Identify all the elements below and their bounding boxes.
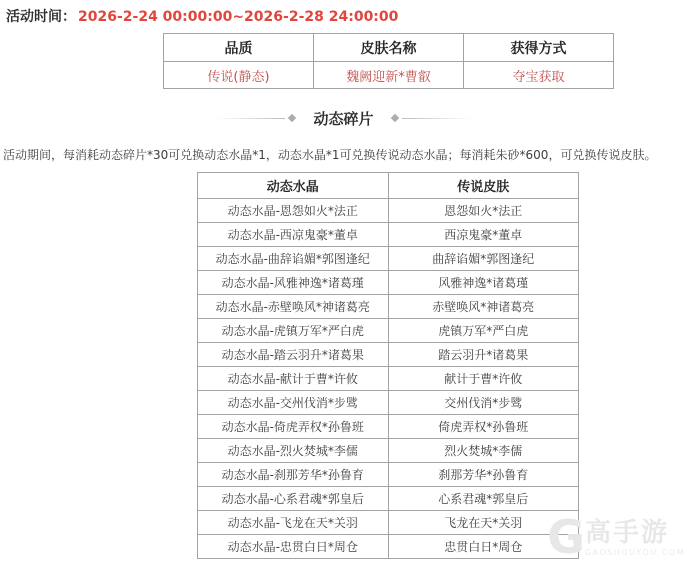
crystal-table-body: 动态水晶-恩怨如火*法正恩怨如火*法正动态水晶-西凉鬼豪*董卓西凉鬼豪*董卓动态… (198, 199, 579, 559)
table-cell: 动态水晶-西凉鬼豪*董卓 (198, 223, 389, 247)
table-cell: 动态水晶-心系君魂*郭皇后 (198, 487, 389, 511)
table-row: 动态水晶-倚虎弄权*孙鲁班倚虎弄权*孙鲁班 (198, 415, 579, 439)
table-row: 动态水晶-忠贯白日*周仓忠贯白日*周仓 (198, 535, 579, 559)
table-row: 动态水晶-赤壁唤风*神诸葛亮赤壁唤风*神诸葛亮 (198, 295, 579, 319)
table-cell: 心系君魂*郭皇后 (388, 487, 579, 511)
table-row: 动态水晶-刹那芳华*孙鲁育刹那芳华*孙鲁育 (198, 463, 579, 487)
table-cell: 西凉鬼豪*董卓 (388, 223, 579, 247)
table-cell: 献计于曹*许攸 (388, 367, 579, 391)
skin-quality-cell: 传说(静态) (164, 62, 314, 89)
skin-table-header-method: 获得方式 (464, 34, 614, 62)
table-header-row: 动态水晶 传说皮肤 (198, 173, 579, 199)
crystal-table: 动态水晶 传说皮肤 动态水晶-恩怨如火*法正恩怨如火*法正动态水晶-西凉鬼豪*董… (197, 172, 579, 559)
table-row: 动态水晶-心系君魂*郭皇后心系君魂*郭皇后 (198, 487, 579, 511)
table-cell: 动态水晶-赤壁唤风*神诸葛亮 (198, 295, 389, 319)
table-row: 动态水晶-西凉鬼豪*董卓西凉鬼豪*董卓 (198, 223, 579, 247)
table-cell: 曲辞谄媚*郭图逢纪 (388, 247, 579, 271)
activity-time-label: 活动时间： (6, 9, 76, 25)
crystal-table-header-skin: 传说皮肤 (388, 173, 579, 199)
skin-table-header-quality: 品质 (164, 34, 314, 62)
table-cell: 动态水晶-忠贯白日*周仓 (198, 535, 389, 559)
table-cell: 恩怨如火*法正 (388, 199, 579, 223)
table-cell: 动态水晶-踏云羽升*诸葛果 (198, 343, 389, 367)
skin-name-cell: 魏阙迎新*曹叡 (314, 62, 464, 89)
gaoshouyou-watermark: G 高手游 GAOSHOUYOU.COM (547, 514, 685, 560)
skin-table: 品质 皮肤名称 获得方式 传说(静态) 魏阙迎新*曹叡 夺宝获取 (163, 33, 614, 89)
table-row: 动态水晶-飞龙在天*关羽飞龙在天*关羽 (198, 511, 579, 535)
table-cell: 踏云羽升*诸葛果 (388, 343, 579, 367)
table-cell: 动态水晶-虎镇万军*严白虎 (198, 319, 389, 343)
section-divider: 动态碎片 (0, 110, 687, 126)
table-row: 动态水晶-曲辞谄媚*郭图逢纪曲辞谄媚*郭图逢纪 (198, 247, 579, 271)
table-row: 动态水晶-踏云羽升*诸葛果踏云羽升*诸葛果 (198, 343, 579, 367)
watermark-site: GAOSHOUYOU.COM (585, 549, 685, 557)
divider-line-left (215, 118, 285, 119)
table-cell: 动态水晶-献计于曹*许攸 (198, 367, 389, 391)
table-cell: 动态水晶-烈火焚城*李儒 (198, 439, 389, 463)
watermark-name: 高手游 (585, 520, 685, 546)
activity-page: 活动时间：2026-2-24 00:00:00~2026-2-28 24:00:… (0, 0, 687, 562)
table-cell: 动态水晶-风雅神逸*诸葛瑾 (198, 271, 389, 295)
table-row: 动态水晶-烈火焚城*李儒烈火焚城*李儒 (198, 439, 579, 463)
table-row: 动态水晶-风雅神逸*诸葛瑾风雅神逸*诸葛瑾 (198, 271, 579, 295)
table-cell: 动态水晶-交州伐消*步骘 (198, 391, 389, 415)
table-cell: 虎镇万军*严白虎 (388, 319, 579, 343)
crystal-table-header-crystal: 动态水晶 (198, 173, 389, 199)
table-cell: 动态水晶-倚虎弄权*孙鲁班 (198, 415, 389, 439)
activity-description: 活动期间，每消耗动态碎片*30可兑换动态水晶*1，动态水晶*1可兑换传说动态水晶… (3, 146, 687, 163)
divider-line-right (402, 118, 472, 119)
table-cell: 动态水晶-刹那芳华*孙鲁育 (198, 463, 389, 487)
diamond-icon (390, 114, 398, 122)
table-row: 动态水晶-交州伐消*步骘交州伐消*步骘 (198, 391, 579, 415)
table-header-row: 品质 皮肤名称 获得方式 (164, 34, 614, 62)
diamond-icon (288, 114, 296, 122)
table-row: 传说(静态) 魏阙迎新*曹叡 夺宝获取 (164, 62, 614, 89)
table-cell: 倚虎弄权*孙鲁班 (388, 415, 579, 439)
activity-time: 活动时间：2026-2-24 00:00:00~2026-2-28 24:00:… (0, 0, 687, 26)
table-cell: 交州伐消*步骘 (388, 391, 579, 415)
table-cell: 赤壁唤风*神诸葛亮 (388, 295, 579, 319)
section-title: 动态碎片 (313, 108, 373, 129)
activity-time-value: 2026-2-24 00:00:00~2026-2-28 24:00:00 (78, 9, 398, 25)
table-cell: 刹那芳华*孙鲁育 (388, 463, 579, 487)
watermark-logo-icon: G (547, 514, 583, 560)
table-cell: 动态水晶-曲辞谄媚*郭图逢纪 (198, 247, 389, 271)
table-row: 动态水晶-恩怨如火*法正恩怨如火*法正 (198, 199, 579, 223)
table-cell: 风雅神逸*诸葛瑾 (388, 271, 579, 295)
table-cell: 动态水晶-飞龙在天*关羽 (198, 511, 389, 535)
skin-table-header-name: 皮肤名称 (314, 34, 464, 62)
table-cell: 动态水晶-恩怨如火*法正 (198, 199, 389, 223)
table-cell: 烈火焚城*李儒 (388, 439, 579, 463)
table-row: 动态水晶-虎镇万军*严白虎虎镇万军*严白虎 (198, 319, 579, 343)
table-row: 动态水晶-献计于曹*许攸献计于曹*许攸 (198, 367, 579, 391)
skin-method-cell: 夺宝获取 (464, 62, 614, 89)
